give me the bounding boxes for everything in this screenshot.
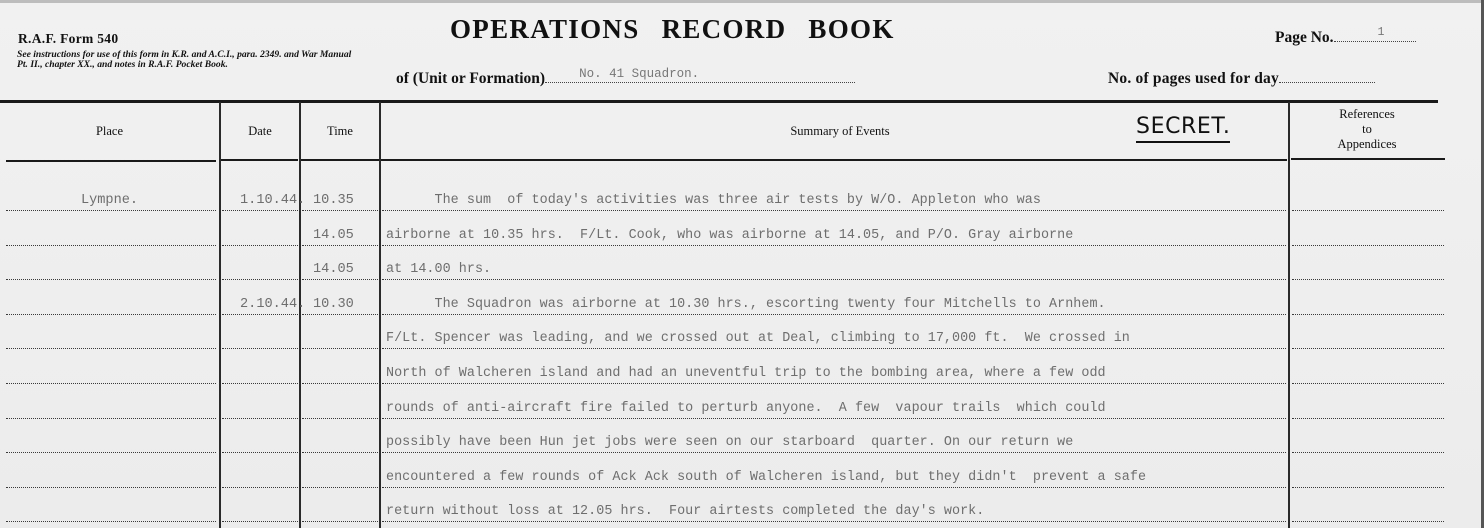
row-time: 10.35 bbox=[313, 193, 354, 208]
references-header-rule bbox=[1291, 158, 1445, 160]
row-summary: possibly have been Hun jet jobs were see… bbox=[386, 435, 1073, 450]
row-rule-references bbox=[1292, 279, 1444, 280]
row-time: 14.05 bbox=[313, 262, 354, 277]
unit-label: of (Unit or Formation) bbox=[396, 70, 545, 88]
references-label-line1: References bbox=[1290, 107, 1444, 122]
page-title: OPERATIONS RECORD BOOK bbox=[450, 14, 895, 45]
unit-dotted-line: No. 41 Squadron. bbox=[545, 70, 855, 83]
row-summary: return without loss at 12.05 hrs. Four a… bbox=[386, 504, 984, 519]
column-divider-date-time bbox=[299, 102, 301, 528]
row-rule-place bbox=[6, 245, 216, 246]
row-rule-references bbox=[1292, 383, 1444, 384]
row-rule-time bbox=[302, 314, 378, 315]
row-rule-date bbox=[222, 348, 298, 349]
row-rule-place bbox=[6, 383, 216, 384]
row-rule-references bbox=[1292, 210, 1444, 211]
row-rule-time bbox=[302, 487, 378, 488]
row-rule-place bbox=[6, 279, 216, 280]
pages-used-dotted-line bbox=[1279, 70, 1375, 83]
row-rule-summary bbox=[382, 279, 1286, 280]
row-rule-place bbox=[6, 452, 216, 453]
column-header-date: Date bbox=[221, 124, 299, 139]
row-rule-date bbox=[222, 245, 298, 246]
row-rule-references bbox=[1292, 314, 1444, 315]
form-number: R.A.F. Form 540 bbox=[18, 31, 118, 47]
row-rule-summary bbox=[382, 245, 1286, 246]
row-rule-date bbox=[222, 487, 298, 488]
row-rule-time bbox=[302, 348, 378, 349]
row-date: 2.10.44. bbox=[240, 297, 305, 312]
column-header-time: Time bbox=[300, 124, 380, 139]
row-rule-place bbox=[6, 210, 216, 211]
header-rule bbox=[0, 100, 1438, 103]
row-rule-time bbox=[302, 452, 378, 453]
row-rule-references bbox=[1292, 521, 1444, 522]
row-rule-references bbox=[1292, 418, 1444, 419]
secret-stamp: SECRET. bbox=[1136, 114, 1230, 143]
time-header-rule bbox=[301, 159, 379, 161]
form-instructions: See instructions for use of this form in… bbox=[17, 50, 357, 71]
row-rule-summary bbox=[382, 418, 1286, 419]
row-time: 14.05 bbox=[313, 228, 354, 243]
row-rule-summary bbox=[382, 314, 1286, 315]
row-rule-date bbox=[222, 279, 298, 280]
page-top-edge bbox=[0, 0, 1484, 3]
row-summary: North of Walcheren island and had an une… bbox=[386, 366, 1106, 381]
row-summary: The sum of today's activities was three … bbox=[386, 193, 1041, 208]
row-rule-place bbox=[6, 418, 216, 419]
row-rule-summary bbox=[382, 452, 1286, 453]
row-rule-time bbox=[302, 418, 378, 419]
place-header-rule bbox=[6, 160, 216, 162]
row-rule-date bbox=[222, 452, 298, 453]
unit-value: No. 41 Squadron. bbox=[579, 67, 699, 81]
row-summary: The Squadron was airborne at 10.30 hrs.,… bbox=[386, 297, 1106, 312]
summary-header-rule bbox=[381, 159, 1287, 161]
row-rule-date bbox=[222, 383, 298, 384]
row-rule-place bbox=[6, 314, 216, 315]
row-rule-summary bbox=[382, 487, 1286, 488]
row-rule-summary bbox=[382, 383, 1286, 384]
row-rule-date bbox=[222, 210, 298, 211]
row-summary: rounds of anti-aircraft fire failed to p… bbox=[386, 401, 1106, 416]
date-header-rule bbox=[221, 159, 298, 161]
row-summary: airborne at 10.35 hrs. F/Lt. Cook, who w… bbox=[386, 228, 1073, 243]
row-rule-date bbox=[222, 314, 298, 315]
row-rule-references bbox=[1292, 487, 1444, 488]
row-place: Lympne. bbox=[0, 193, 219, 208]
column-header-references: References to Appendices bbox=[1290, 107, 1444, 152]
page-number-dotted-line: 1 bbox=[1334, 29, 1416, 42]
row-rule-place bbox=[6, 487, 216, 488]
row-rule-time bbox=[302, 521, 378, 522]
row-rule-time bbox=[302, 279, 378, 280]
row-rule-references bbox=[1292, 452, 1444, 453]
column-divider-place-date bbox=[219, 102, 221, 528]
column-header-summary: Summary of Events bbox=[740, 124, 940, 139]
page-number-field: Page No. 1 bbox=[1275, 29, 1416, 47]
references-label-line3: Appendices bbox=[1290, 137, 1444, 152]
row-rule-place bbox=[6, 521, 216, 522]
row-rule-references bbox=[1292, 348, 1444, 349]
operations-record-book-page: R.A.F. Form 540 See instructions for use… bbox=[0, 0, 1484, 528]
page-number-label: Page No. bbox=[1275, 29, 1334, 47]
row-summary: encountered a few rounds of Ack Ack sout… bbox=[386, 470, 1146, 485]
row-rule-time bbox=[302, 245, 378, 246]
row-rule-summary bbox=[382, 210, 1286, 211]
row-time: 10.30 bbox=[313, 297, 354, 312]
row-rule-references bbox=[1292, 245, 1444, 246]
row-rule-time bbox=[302, 383, 378, 384]
row-summary: at 14.00 hrs. bbox=[386, 262, 491, 277]
row-rule-date bbox=[222, 521, 298, 522]
row-rule-place bbox=[6, 348, 216, 349]
column-header-place: Place bbox=[0, 124, 219, 139]
unit-field: of (Unit or Formation) No. 41 Squadron. bbox=[396, 70, 855, 88]
row-rule-time bbox=[302, 210, 378, 211]
row-rule-summary bbox=[382, 521, 1286, 522]
row-summary: F/Lt. Spencer was leading, and we crosse… bbox=[386, 331, 1130, 346]
row-rule-date bbox=[222, 418, 298, 419]
pages-used-field: No. of pages used for day bbox=[1108, 70, 1375, 88]
row-rule-summary bbox=[382, 348, 1286, 349]
column-divider-time-summary bbox=[379, 102, 381, 528]
references-label-line2: to bbox=[1290, 122, 1444, 137]
row-date: 1.10.44. bbox=[240, 193, 305, 208]
column-divider-summary-references bbox=[1288, 102, 1290, 528]
pages-used-label: No. of pages used for day bbox=[1108, 70, 1279, 88]
page-number-value: 1 bbox=[1378, 26, 1385, 39]
